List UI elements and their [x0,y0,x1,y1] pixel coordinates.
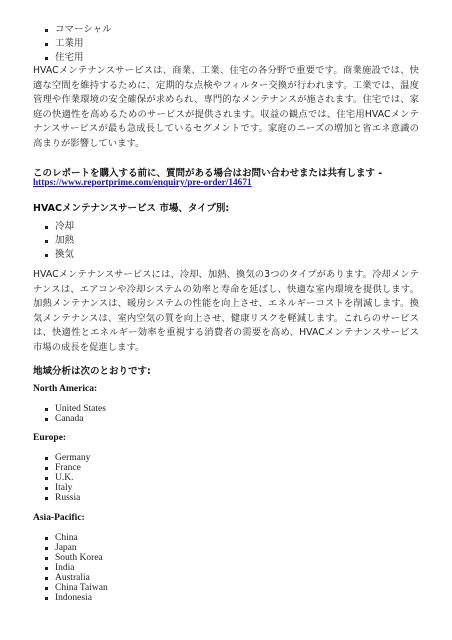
enquiry-link[interactable]: https://www.reportprime.com/enquiry/pre-… [33,178,252,188]
type-list: 冷却 加熱 換気 [33,220,74,262]
enquiry-text: このレポートを購入する前に、質問がある場合はお問い合わせまたは共有します - [33,165,382,179]
list-item: Russia [33,493,90,503]
list-item: Indonesia [33,593,108,603]
list-item: U.K. [33,473,90,483]
regional-heading: 地域分析は次のとおりです: [33,363,151,377]
north-america-countries: United States Canada [33,404,106,424]
list-item: 冷却 [33,220,74,234]
list-item: 住宅用 [33,51,112,65]
region-north-america: North America: [33,384,97,394]
list-item: China [33,533,108,543]
list-item: South Korea [33,553,108,563]
list-item: 加熱 [33,234,74,248]
list-item: France [33,463,90,473]
list-item: コマーシャル [33,23,112,37]
type-section-heading: HVACメンテナンスサービス 市場、タイプ別: [33,200,229,214]
list-item: United States [33,404,106,414]
list-item: Canada [33,414,106,424]
list-item: China Taiwan [33,583,108,593]
type-paragraph: HVACメンテナンスサービスには、冷却、加熱、換気の3つのタイプがあります。冷却… [33,268,419,356]
region-asia-pacific: Asia-Pacific: [33,513,85,523]
list-item: Germany [33,453,90,463]
list-item: 換気 [33,248,74,262]
list-item: 工業用 [33,37,112,51]
asia-pacific-countries: China Japan South Korea India Australia … [33,533,108,603]
region-europe: Europe: [33,433,66,443]
list-item: Australia [33,573,108,583]
list-item: Italy [33,483,90,493]
list-item: Japan [33,543,108,553]
application-paragraph: HVACメンテナンスサービスは、商業、工業、住宅の各分野で重要です。商業施設では… [33,64,419,152]
list-item: India [33,563,108,573]
application-list: コマーシャル 工業用 住宅用 [33,23,112,65]
europe-countries: Germany France U.K. Italy Russia [33,453,90,503]
